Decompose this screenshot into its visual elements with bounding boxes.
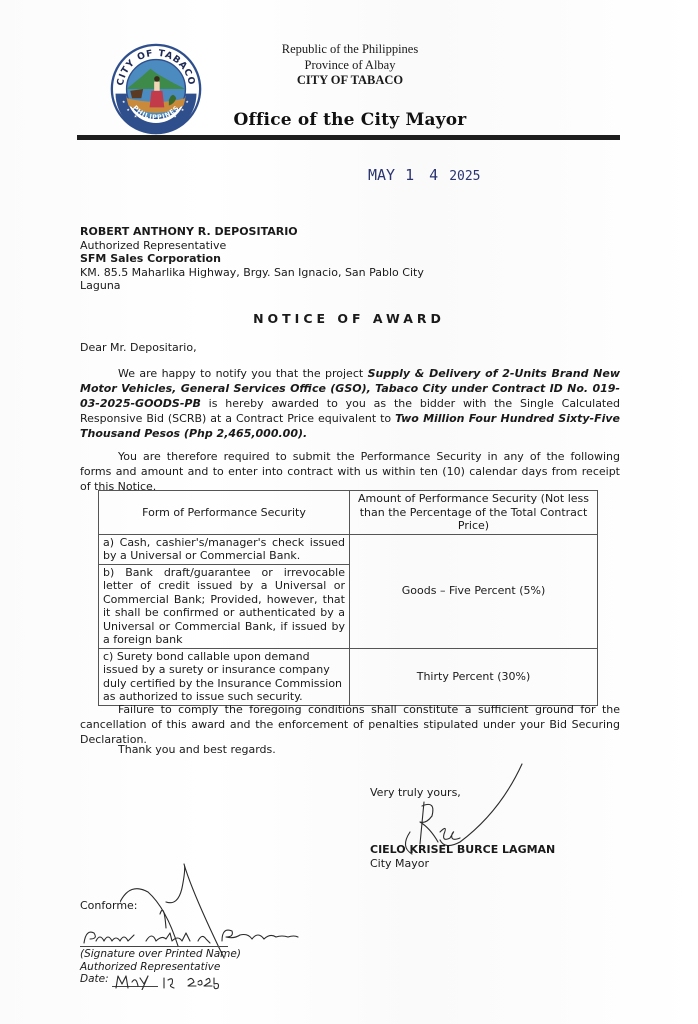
recipient-block: ROBERT ANTHONY R. DEPOSITARIO Authorized…	[80, 225, 424, 293]
failure-paragraph: Failure to comply the foregoing conditio…	[80, 702, 620, 747]
recipient-position: Authorized Representative	[80, 239, 424, 253]
form-cell-b: b) Bank draft/guarantee or irrevocable l…	[99, 564, 350, 648]
salutation: Dear Mr. Depositario,	[80, 341, 197, 354]
office-title: Office of the City Mayor	[200, 110, 500, 130]
recipient-company: SFM Sales Corporation	[80, 252, 424, 266]
requirement-text: You are therefore required to submit the…	[80, 450, 620, 493]
amount-cell-c: Thirty Percent (30%)	[350, 648, 598, 705]
table-header-form: Form of Performance Security	[99, 491, 350, 535]
date-stamp: MAY1 42025	[368, 166, 481, 184]
thanks-text: Thank you and best regards.	[118, 743, 276, 756]
table-row: a) Cash, cashier's/manager's check issue…	[99, 534, 598, 564]
date-stamp-day: 1 4	[405, 166, 441, 184]
conforme-handwritten-date	[114, 972, 224, 990]
header-province: Province of Albay	[240, 58, 460, 73]
conforme-signature-line	[80, 946, 228, 947]
amount-cell-ab: Goods – Five Percent (5%)	[350, 534, 598, 648]
document-title: NOTICE OF AWARD	[0, 311, 698, 326]
requirement-paragraph: You are therefore required to submit the…	[80, 449, 620, 494]
signer-block: CIELO KRISEL BURCE LAGMAN City Mayor	[370, 843, 555, 870]
conforme-signature-icon	[120, 862, 230, 962]
letter-page: ★★★ ★★★ CITY OF TABACO PHILIPPINES Repub…	[0, 0, 698, 1024]
header-rule	[77, 135, 620, 140]
failure-text: Failure to comply the foregoing conditio…	[80, 703, 620, 746]
table-header-amount: Amount of Performance Security (Not less…	[350, 491, 598, 535]
conforme-caption: (Signature over Printed Name)	[80, 948, 241, 961]
award-text-a: We are happy to notify you that the proj…	[118, 367, 368, 380]
city-seal-icon: ★★★ ★★★ CITY OF TABACO PHILIPPINES	[110, 43, 202, 135]
recipient-name: ROBERT ANTHONY R. DEPOSITARIO	[80, 225, 424, 239]
form-cell-a: a) Cash, cashier's/manager's check issue…	[99, 534, 350, 564]
form-cell-c: c) Surety bond callable upon demand issu…	[99, 648, 350, 705]
performance-security-table: Form of Performance Security Amount of P…	[98, 490, 598, 706]
thanks-paragraph: Thank you and best regards.	[80, 742, 620, 757]
signer-title: City Mayor	[370, 857, 555, 871]
recipient-address-line1: KM. 85.5 Maharlika Highway, Brgy. San Ig…	[80, 266, 424, 280]
recipient-address-line2: Laguna	[80, 279, 424, 293]
table-row: c) Surety bond callable upon demand issu…	[99, 648, 598, 705]
date-stamp-month: MAY	[368, 166, 395, 184]
conforme-handwritten-name	[82, 925, 302, 947]
table-header-row: Form of Performance Security Amount of P…	[99, 491, 598, 535]
header-country: Republic of the Philippines	[240, 42, 460, 57]
signer-name: CIELO KRISEL BURCE LAGMAN	[370, 843, 555, 857]
header-city: CITY OF TABACO	[240, 73, 460, 88]
award-paragraph: We are happy to notify you that the proj…	[80, 366, 620, 441]
date-stamp-year: 2025	[449, 169, 480, 184]
